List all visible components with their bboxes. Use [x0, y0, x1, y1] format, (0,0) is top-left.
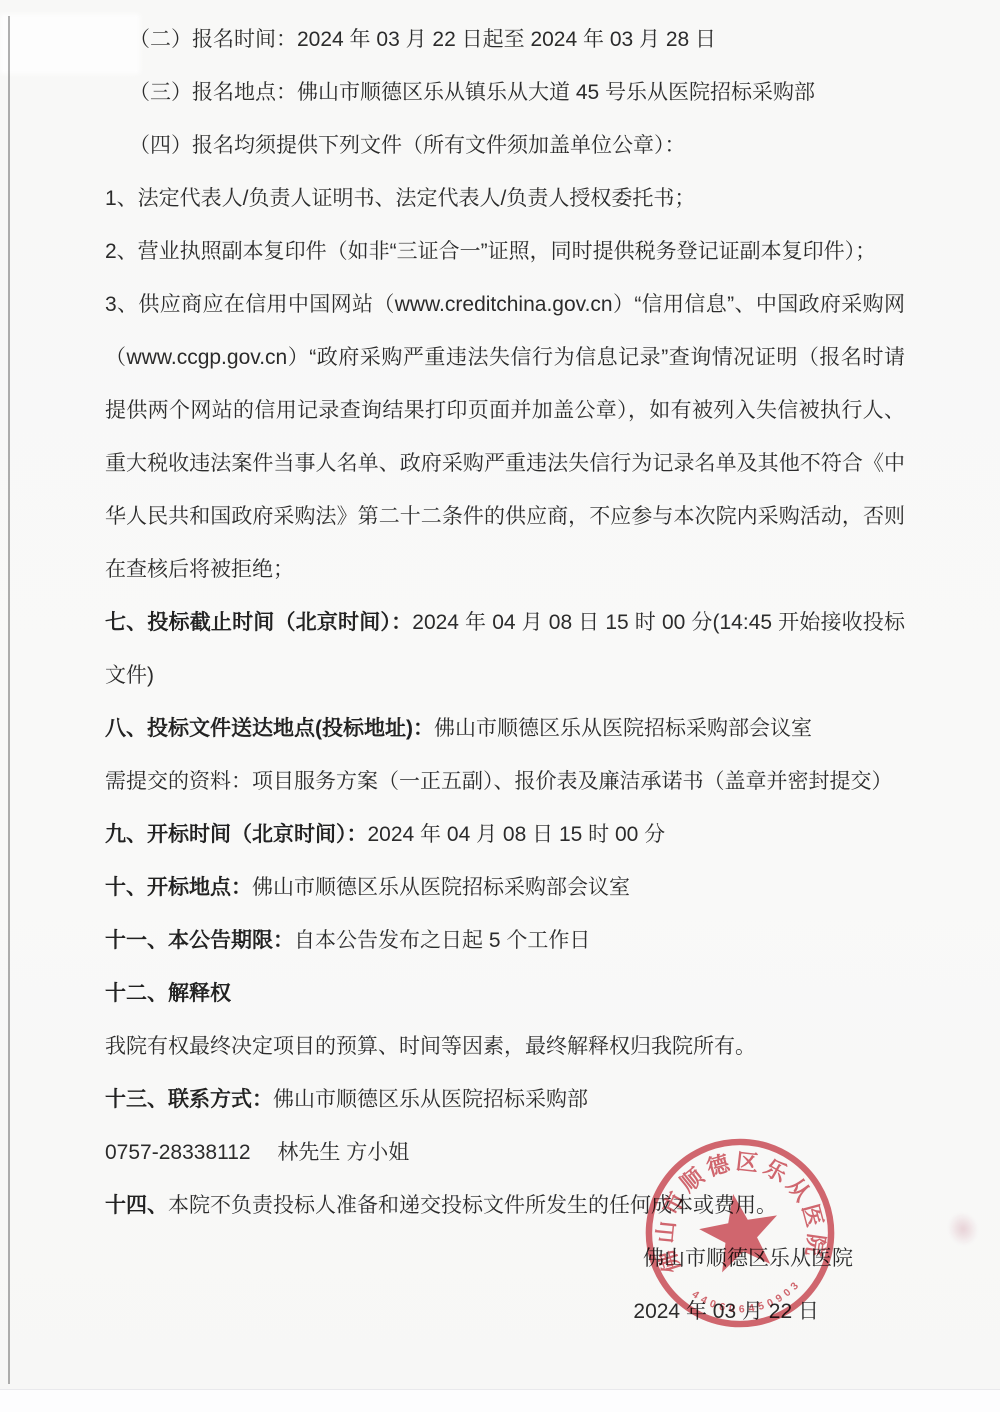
paragraph-registration-time: （二）报名时间：2024 年 03 月 22 日起至 2024 年 03 月 2…	[105, 13, 905, 66]
ink-smudge	[943, 1208, 983, 1250]
section-label: 七、投标截止时间（北京时间）：	[105, 611, 412, 634]
paragraph-text: 0757-28338112 林先生 方小姐	[105, 1141, 409, 1164]
section-text: 佛山市顺德区乐从医院招标采购部	[273, 1088, 588, 1111]
section-label: 十四、	[105, 1194, 168, 1217]
paragraph-required-documents: （四）报名均须提供下列文件（所有文件须加盖单位公章）：	[105, 119, 905, 172]
paragraph-text: 我院有权最终决定项目的预算、时间等因素，最终解释权归我院所有。	[105, 1035, 756, 1058]
scanned-document-page: （二）报名时间：2024 年 03 月 22 日起至 2024 年 03 月 2…	[0, 0, 1000, 1412]
section-13-contact: 十三、联系方式：佛山市顺德区乐从医院招标采购部	[105, 1073, 905, 1126]
document-body: （二）报名时间：2024 年 03 月 22 日起至 2024 年 03 月 2…	[105, 13, 905, 1338]
section-14-costs-disclaimer: 十四、本院不负责投标人准备和递交投标文件所发生的任何成本或费用。	[105, 1179, 905, 1232]
paragraph-registration-place: （三）报名地点：佛山市顺德区乐从镇乐从大道 45 号乐从医院招标采购部	[105, 66, 905, 119]
list-item-2: 2、营业执照副本复印件（如非“三证合一”证照，同时提供税务登记证副本复印件）；	[105, 225, 905, 278]
section-text: 佛山市顺德区乐从医院招标采购部会议室	[434, 717, 812, 740]
scan-edge-line	[8, 16, 10, 1384]
signature-organization: 佛山市顺德区乐从医院	[105, 1232, 905, 1285]
section-label: 十二、解释权	[105, 982, 231, 1005]
list-item-1: 1、法定代表人/负责人证明书、法定代表人/负责人授权委托书；	[105, 172, 905, 225]
paragraph-text: （三）报名地点：佛山市顺德区乐从镇乐从大道 45 号乐从医院招标采购部	[129, 81, 815, 104]
section-text: 2024 年 04 月 08 日 15 时 00 分	[368, 823, 666, 846]
section-text: 佛山市顺德区乐从医院招标采购部会议室	[252, 876, 630, 899]
paragraph-phone-contacts: 0757-28338112 林先生 方小姐	[105, 1126, 905, 1179]
scan-bottom-edge	[0, 1389, 1000, 1412]
section-7-bid-deadline: 七、投标截止时间（北京时间）：2024 年 04 月 08 日 15 时 00 …	[105, 596, 905, 702]
paragraph-interpretation-body: 我院有权最终决定项目的预算、时间等因素，最终解释权归我院所有。	[105, 1020, 905, 1073]
paragraph-text: 2、营业执照副本复印件（如非“三证合一”证照，同时提供税务登记证副本复印件）；	[105, 240, 876, 263]
paragraph-text: （四）报名均须提供下列文件（所有文件须加盖单位公章）：	[129, 134, 686, 157]
section-label: 十一、本公告期限：	[105, 929, 294, 952]
section-9-opening-time: 九、开标时间（北京时间）：2024 年 04 月 08 日 15 时 00 分	[105, 808, 905, 861]
list-item-3: 3、供应商应在信用中国网站（www.creditchina.gov.cn）“信用…	[105, 278, 905, 596]
section-10-opening-place: 十、开标地点：佛山市顺德区乐从医院招标采购部会议室	[105, 861, 905, 914]
paragraph-text: 1、法定代表人/负责人证明书、法定代表人/负责人授权委托书；	[105, 187, 695, 210]
paragraph-text: （二）报名时间：2024 年 03 月 22 日起至 2024 年 03 月 2…	[129, 28, 716, 51]
section-11-notice-period: 十一、本公告期限：自本公告发布之日起 5 个工作日	[105, 914, 905, 967]
paragraph-text: 3、供应商应在信用中国网站（www.creditchina.gov.cn）“信用…	[105, 293, 905, 581]
signature-date: 2024 年 03 月 22 日	[105, 1285, 905, 1338]
paragraph-materials-note: 需提交的资料：项目服务方案（一正五副）、报价表及廉洁承诺书（盖章并密封提交）	[105, 755, 905, 808]
section-label: 九、开标时间（北京时间）：	[105, 823, 368, 846]
section-8-delivery-place: 八、投标文件送达地点(投标地址)：佛山市顺德区乐从医院招标采购部会议室	[105, 702, 905, 755]
paragraph-text: 需提交的资料：项目服务方案（一正五副）、报价表及廉洁承诺书（盖章并密封提交）	[105, 770, 893, 793]
section-label: 八、投标文件送达地点(投标地址)：	[105, 717, 434, 740]
section-text: 本院不负责投标人准备和递交投标文件所发生的任何成本或费用。	[168, 1194, 777, 1217]
section-label: 十、开标地点：	[105, 876, 252, 899]
section-label: 十三、联系方式：	[105, 1088, 273, 1111]
section-text: 自本公告发布之日起 5 个工作日	[294, 929, 590, 952]
section-12-interpretation-right: 十二、解释权	[105, 967, 905, 1020]
